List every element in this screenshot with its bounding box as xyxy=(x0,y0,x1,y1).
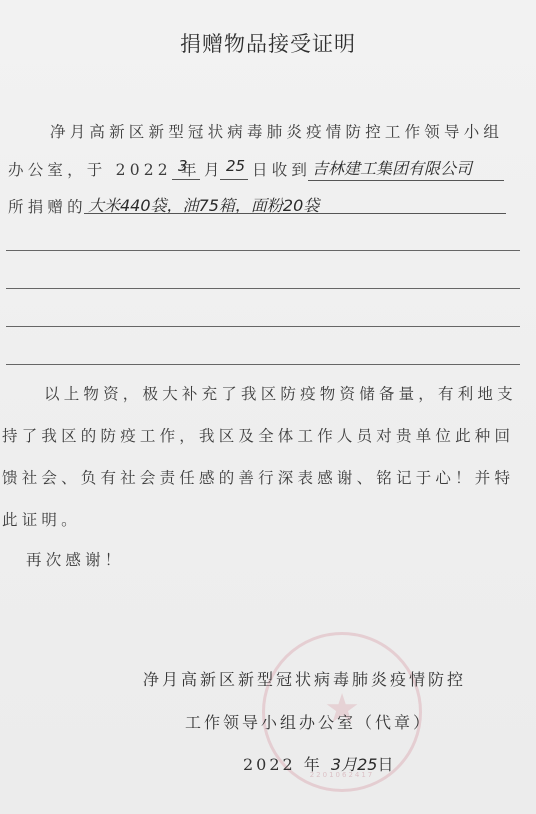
signature-org-line1: 净月高新区新型冠状病毒肺炎疫情防控 xyxy=(143,667,466,690)
donor-underline xyxy=(308,180,504,181)
handwritten-month: 3 xyxy=(178,157,188,175)
blank-line-3 xyxy=(6,326,520,327)
paragraph2-line1: 以上物资，极大补充了我区防疫物资储备量，有利地支 xyxy=(44,382,517,404)
date-handwritten: 3月25 xyxy=(331,755,378,774)
paragraph1-line1: 净月高新区新型冠状病毒肺炎疫情防控工作领导小组 xyxy=(50,120,503,142)
items-underline xyxy=(84,213,506,214)
month-label: 月 xyxy=(204,158,224,180)
paragraph2-line2: 持了我区的防疫工作，我区及全体工作人员对贵单位此种回 xyxy=(2,424,514,446)
handwritten-donor: 吉林建工集团有限公司 xyxy=(312,156,472,179)
paragraph1-line3-prefix: 所捐赠的 xyxy=(8,195,87,217)
thanks-text: 再次感谢！ xyxy=(26,548,125,570)
line2-prefix: 办公室，于 2022 年 xyxy=(8,161,201,179)
document-page: 捐赠物品接受证明 净月高新区新型冠状病毒肺炎疫情防控工作领导小组 办公室，于 2… xyxy=(0,0,536,814)
handwritten-day: 25 xyxy=(226,157,245,175)
document-title: 捐赠物品接受证明 xyxy=(0,28,536,58)
blank-line-4 xyxy=(6,364,520,365)
date-year: 2022 年 xyxy=(243,755,323,774)
paragraph1-line2: 办公室，于 2022 年 xyxy=(8,158,201,180)
date-suffix: 日 xyxy=(377,755,396,774)
month-underline xyxy=(172,179,200,180)
paragraph2-line3: 馈社会、负有社会责任感的善行深表感谢、铭记于心！并特 xyxy=(2,466,514,488)
signature-org-line2: 工作领导小组办公室（代章） xyxy=(185,710,432,733)
day-underline xyxy=(220,179,248,180)
blank-line-2 xyxy=(6,288,520,289)
day-label: 日收到 xyxy=(252,158,311,180)
paragraph2-line4: 此证明。 xyxy=(2,508,81,530)
blank-line-1 xyxy=(6,250,520,251)
signature-date: 2022 年 3月25日 xyxy=(243,752,396,775)
